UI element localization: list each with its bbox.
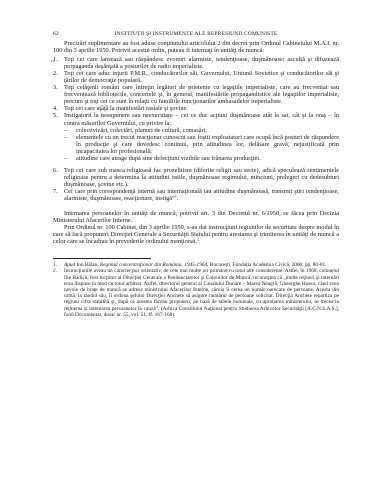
list-item: 7. Cei care prin corespondenţă internă s…	[53, 188, 339, 202]
document-page: 62 INSTITUŢII ŞI INSTRUMENTE ALE REPRESI…	[53, 31, 339, 318]
item-number: 6.	[53, 167, 58, 174]
item-number: 2.	[53, 70, 58, 77]
sublist-item: –atitudine care atrage după sine defecţi…	[64, 155, 339, 162]
item-number: 4.	[53, 105, 58, 112]
footnote-ref[interactable]: 2	[197, 237, 199, 242]
paragraph: Prin Ordinul nr. 100 Cabinet, din 3 apri…	[53, 224, 339, 245]
main-text: Precizări suplimentare au fost aduse con…	[53, 40, 339, 245]
dash-sublist: –colectivizări, colectări, planuri de cu…	[64, 127, 339, 162]
sublist-text: atitudine care atrage după sine defecţiu…	[76, 155, 261, 162]
list-item: 4. Toţi cei care aţâţă la manifestări ra…	[53, 105, 339, 112]
dash-bullet: –	[64, 134, 67, 141]
item-text: Cei care prin corespondenţă internă sau …	[64, 188, 339, 202]
dash-bullet: –	[64, 127, 67, 134]
item-text: Toţi cetăţenii români care întreţin legă…	[64, 84, 339, 105]
list-item: 5. Instigatorii la nesupunere sau neexec…	[53, 112, 339, 161]
intro-paragraph: Precizări suplimentare au fost aduse con…	[53, 40, 339, 54]
list-item: 2. Toţi cei care aduc injurii P.M.R., co…	[53, 70, 339, 84]
sublist-text: elementele cu un trecut reacţionar cunos…	[76, 134, 339, 155]
item-text: Toţi cei care aţâţă la manifestări rasia…	[64, 105, 188, 112]
sublist-text: colectivizări, colectări, planuri de cul…	[76, 127, 207, 134]
footnote-text: Instrucţiunile aveau un caracter pur ori…	[64, 268, 339, 317]
sublist-item: –elementele cu un trecut reacţionar cuno…	[64, 134, 339, 155]
item-number: 5.	[53, 112, 58, 119]
numbered-list: „ 1. Toţi cei care lansează sau răspânde…	[53, 56, 339, 202]
item-number: 3.	[53, 84, 58, 91]
footnote: 2. Instrucţiunile aveau un caracter pur …	[53, 268, 339, 318]
page-number: 62	[53, 31, 67, 40]
list-item: 3. Toţi cetăţenii români care întreţin l…	[53, 84, 339, 105]
dash-bullet: –	[64, 155, 67, 162]
item-number: 1.	[53, 56, 58, 63]
item-text: Toţi cei care aduc injurii P.M.R., condu…	[64, 70, 339, 84]
item-text: Toţi cei care lansează sau răspândesc zv…	[64, 56, 339, 70]
list-item: „ 1. Toţi cei care lansează sau răspânde…	[53, 56, 339, 70]
item-text: Toţi cei care sub masca religioasă fac p…	[64, 167, 339, 188]
sublist-item: –colectivizări, colectări, planuri de cu…	[64, 127, 339, 134]
running-title: INSTITUŢII ŞI INSTRUMENTE ALE REPRESIUNI…	[67, 31, 339, 40]
running-header: 62 INSTITUŢII ŞI INSTRUMENTE ALE REPRESI…	[53, 31, 339, 40]
footnote-number: 2.	[53, 268, 57, 274]
item-number: 7.	[53, 188, 58, 195]
paragraph-text: Prin Ordinul nr. 100 Cabinet, din 3 apri…	[53, 224, 339, 245]
footnotes: 1. Apud Ion Bălan, Regimul concentraţion…	[53, 262, 339, 318]
paragraph: Internarea persoanelor în unităţi de mun…	[53, 210, 339, 224]
item-text: Instigatorii la nesupunere sau neexecuta…	[64, 112, 339, 126]
footnote-separator	[53, 258, 151, 259]
item-end: .	[177, 195, 179, 202]
list-item: 6. Toţi cei care sub masca religioasă fa…	[53, 167, 339, 188]
spacer	[53, 202, 339, 210]
